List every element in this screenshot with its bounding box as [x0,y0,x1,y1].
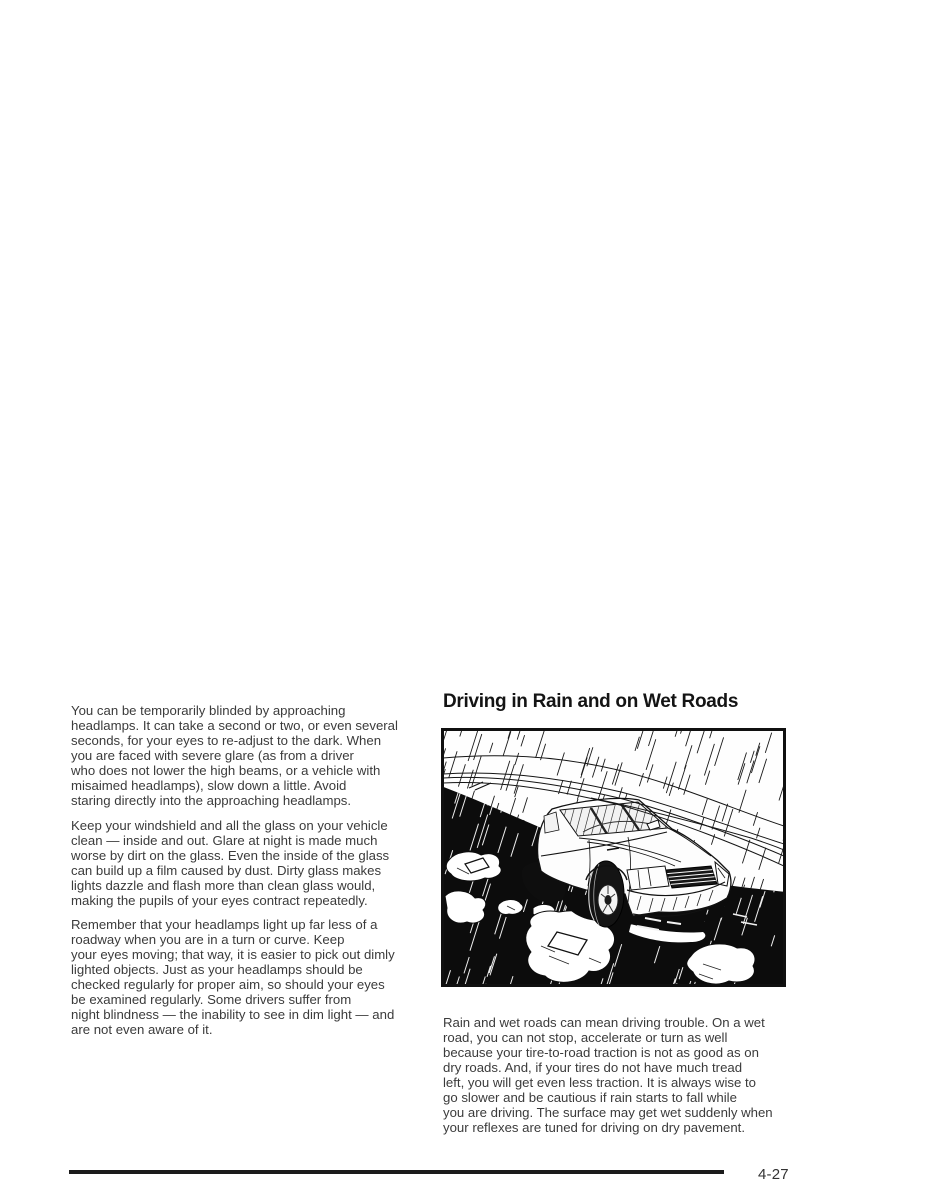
page-number: 4-27 [758,1166,789,1183]
paragraph-rain-traction: Rain and wet roads can mean driving trou… [443,1016,797,1135]
rain-driving-illustration [441,728,786,987]
footer-rule [69,1170,724,1174]
paragraph-windshield-clean: Keep your windshield and all the glass o… [71,819,437,908]
manual-page: { "document": { "kind": "vehicle owner m… [0,0,927,1200]
paragraph-night-glare: You can be temporarily blinded by approa… [71,704,437,808]
section-heading: Driving in Rain and on Wet Roads [443,691,738,713]
paragraph-headlamp-aim: Remember that your headlamps light up fa… [71,918,437,1037]
rain-scene-drawing [441,728,786,987]
